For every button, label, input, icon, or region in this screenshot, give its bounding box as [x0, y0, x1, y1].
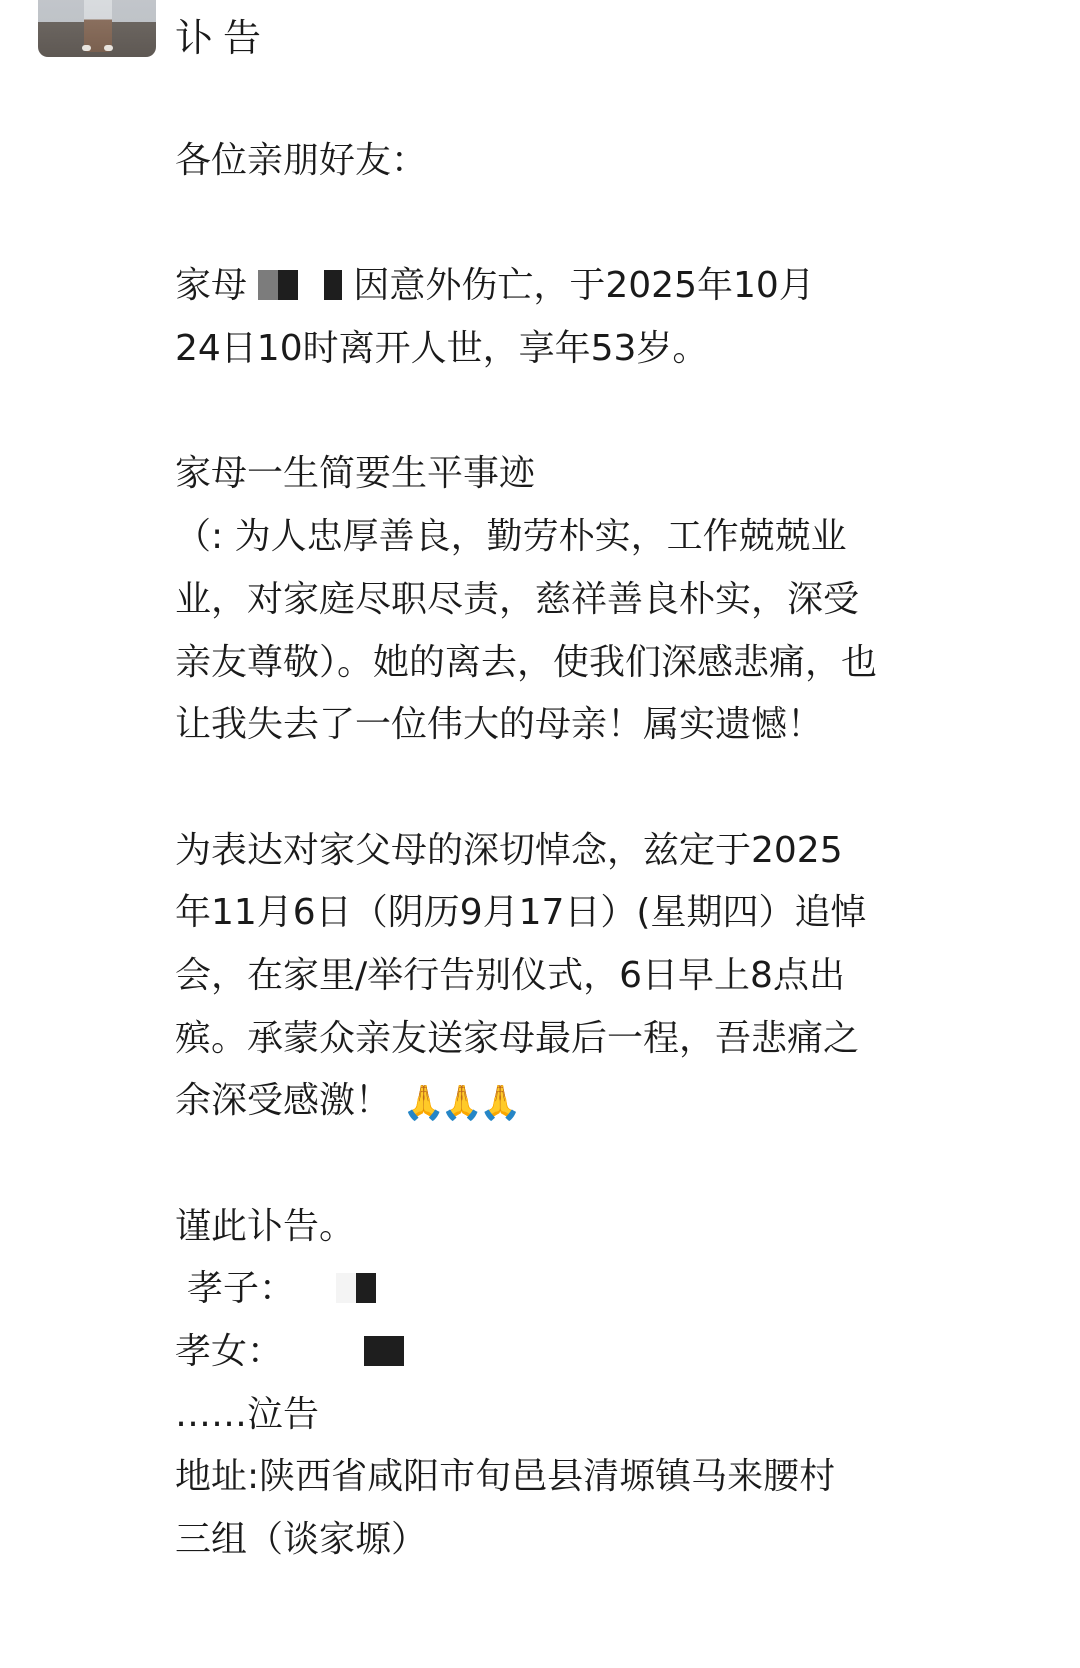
closing: 谨此讣告。 [175, 1196, 995, 1259]
redacted-name [258, 270, 278, 300]
redacted-name [364, 1336, 384, 1366]
intro-line-1: 家母 因意外伤亡，于2025年10月 [175, 255, 995, 318]
arrangement-line: 殡。承蒙众亲友送家母最后一程，吾悲痛之 [175, 1008, 995, 1071]
arrangement-last-text: 余深受感激！ [175, 1080, 391, 1121]
bio-heading: 家母一生简要生平事迹 [175, 443, 995, 506]
intro-suffix: 因意外伤亡，于2025年10月 [353, 265, 814, 306]
avatar[interactable] [38, 0, 156, 57]
spacer [175, 381, 995, 444]
arrangement-line: 会，在家里/举行告别仪式，6日早上8点出 [175, 945, 995, 1008]
son-label: 孝子： [187, 1268, 295, 1309]
daughter-label: 孝女： [175, 1331, 283, 1372]
greeting: 各位亲朋好友： [175, 130, 995, 193]
redacted-name [278, 270, 298, 300]
spacer [175, 1133, 995, 1196]
avatar-photo-detail [82, 45, 91, 51]
bio-line: （: 为人忠厚善良，勤劳朴实，工作兢兢业 [175, 506, 995, 569]
spacer [175, 757, 995, 820]
redacted-name [324, 270, 342, 300]
avatar-photo-detail [104, 45, 113, 51]
obituary-body: 各位亲朋好友： 家母 因意外伤亡，于2025年10月 24日10时离开人世，享年… [175, 130, 995, 1572]
redacted-name [336, 1273, 356, 1303]
spacer [175, 193, 995, 256]
daughter-line: 孝女： [175, 1321, 995, 1384]
arrangement-last-line: 余深受感激！ 🙏🙏🙏 [175, 1070, 995, 1133]
son-line: 孝子： [175, 1258, 995, 1321]
bio-line: 亲友尊敬）。她的离去，使我们深感悲痛，也 [175, 632, 995, 695]
intro-line-2: 24日10时离开人世，享年53岁。 [175, 318, 995, 381]
praying-hands-icon: 🙏🙏🙏 [402, 1072, 517, 1135]
bio-line: 业，对家庭尽职尽责，慈祥善良朴实，深受 [175, 569, 995, 632]
arrangement-line: 年11月6日（阴历9月17日）(星期四）追悼 [175, 882, 995, 945]
address-line-1: 地址:陕西省咸阳市旬邑县清塬镇马来腰村 [175, 1446, 995, 1509]
bio-line: 让我失去了一位伟大的母亲！属实遗憾！ [175, 694, 995, 757]
signature: ……泣告 [175, 1384, 995, 1447]
intro-prefix: 家母 [175, 265, 247, 306]
address-line-2: 三组（谈家塬） [175, 1509, 995, 1572]
post-title: 讣告 [175, 14, 271, 62]
redacted-name [384, 1336, 404, 1366]
redacted-name [356, 1273, 376, 1303]
arrangement-line: 为表达对家父母的深切悼念，兹定于2025 [175, 820, 995, 883]
